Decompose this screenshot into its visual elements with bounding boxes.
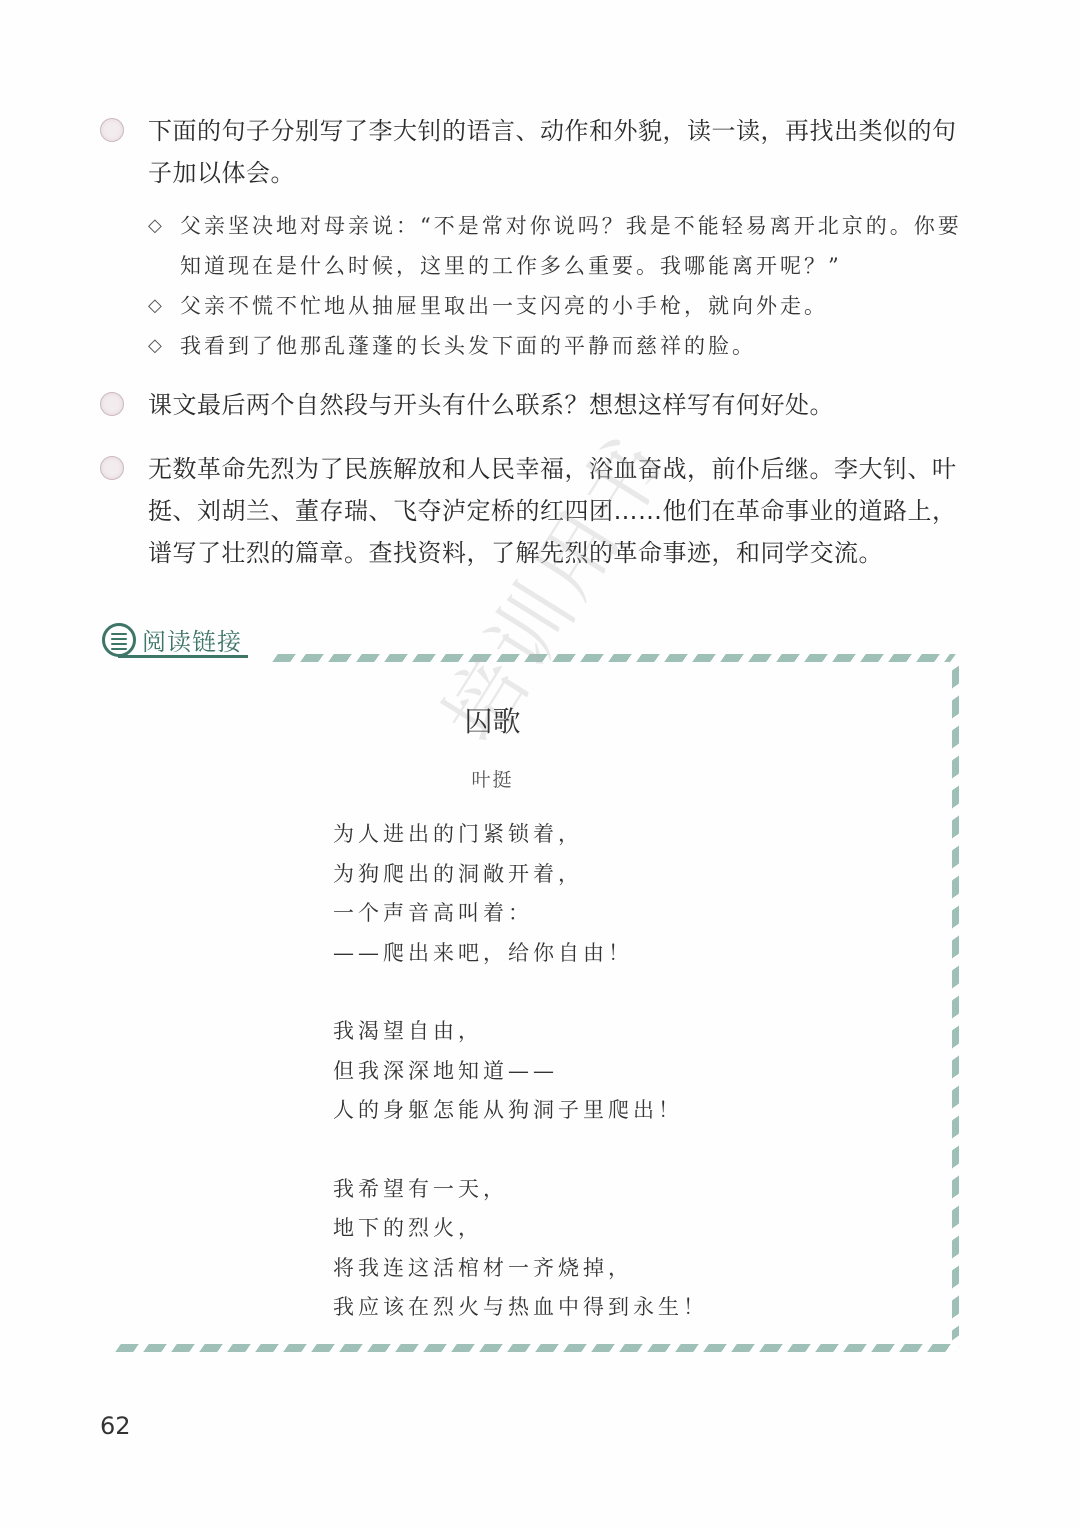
- poem-line: 我渴望自由，: [333, 1012, 708, 1052]
- poem-line: 一个声音高叫着：: [333, 894, 708, 934]
- question-text: 课文最后两个自然段与开头有什么联系？想想这样写有何好处。: [148, 384, 960, 426]
- poem-author: 叶挺: [0, 765, 985, 792]
- question-2: 课文最后两个自然段与开头有什么联系？想想这样写有何好处。: [100, 384, 960, 426]
- reading-link-title: 阅读链接: [142, 622, 242, 657]
- reading-link-icon: [102, 623, 136, 657]
- question-bullet-icon: [100, 456, 124, 480]
- poem-line: 我应该在烈火与热血中得到永生！: [333, 1288, 708, 1328]
- reading-link-underline: [118, 655, 248, 658]
- poem-line: 为狗爬出的洞敞开着，: [333, 855, 708, 895]
- question-bullet-icon: [100, 392, 124, 416]
- page-number: 62: [100, 1412, 131, 1440]
- example-sentence: 父亲不慌不忙地从抽屉里取出一支闪亮的小手枪，就向外走。: [148, 286, 968, 326]
- poem-line: 人的身躯怎能从狗洞子里爬出！: [333, 1091, 708, 1131]
- poem-line: 但我深深地知道——: [333, 1052, 708, 1092]
- poem-title: 囚歌: [0, 700, 985, 740]
- question-text: 下面的句子分别写了李大钊的语言、动作和外貌，读一读，再找出类似的句子加以体会。: [148, 110, 960, 194]
- poem-line: 地下的烈火，: [333, 1209, 708, 1249]
- poem-line: 将我连这活棺材一齐烧掉，: [333, 1249, 708, 1289]
- poem-line: 我希望有一天，: [333, 1170, 708, 1210]
- poem-stanza: 为人进出的门紧锁着， 为狗爬出的洞敞开着， 一个声音高叫着： ——爬出来吧，给你…: [333, 815, 708, 973]
- poem-line: ——爬出来吧，给你自由！: [333, 934, 708, 974]
- example-sentence: 父亲坚决地对母亲说：“不是常对你说吗？我是不能轻易离开北京的。你要知道现在是什么…: [148, 206, 968, 286]
- poem-stanza: 我渴望自由， 但我深深地知道—— 人的身躯怎能从狗洞子里爬出！: [333, 1012, 708, 1131]
- poem-line: 为人进出的门紧锁着，: [333, 815, 708, 855]
- reading-link-header: 阅读链接: [102, 622, 242, 657]
- question-bullet-icon: [100, 118, 124, 142]
- example-sentences: 父亲坚决地对母亲说：“不是常对你说吗？我是不能轻易离开北京的。你要知道现在是什么…: [148, 206, 968, 366]
- poem-stanza: 我希望有一天， 地下的烈火， 将我连这活棺材一齐烧掉， 我应该在烈火与热血中得到…: [333, 1170, 708, 1328]
- question-1: 下面的句子分别写了李大钊的语言、动作和外貌，读一读，再找出类似的句子加以体会。: [100, 110, 960, 194]
- example-sentence: 我看到了他那乱蓬蓬的长头发下面的平静而慈祥的脸。: [148, 326, 968, 366]
- poem-body: 为人进出的门紧锁着， 为狗爬出的洞敞开着， 一个声音高叫着： ——爬出来吧，给你…: [333, 815, 708, 1367]
- frame-border-top: [272, 654, 956, 662]
